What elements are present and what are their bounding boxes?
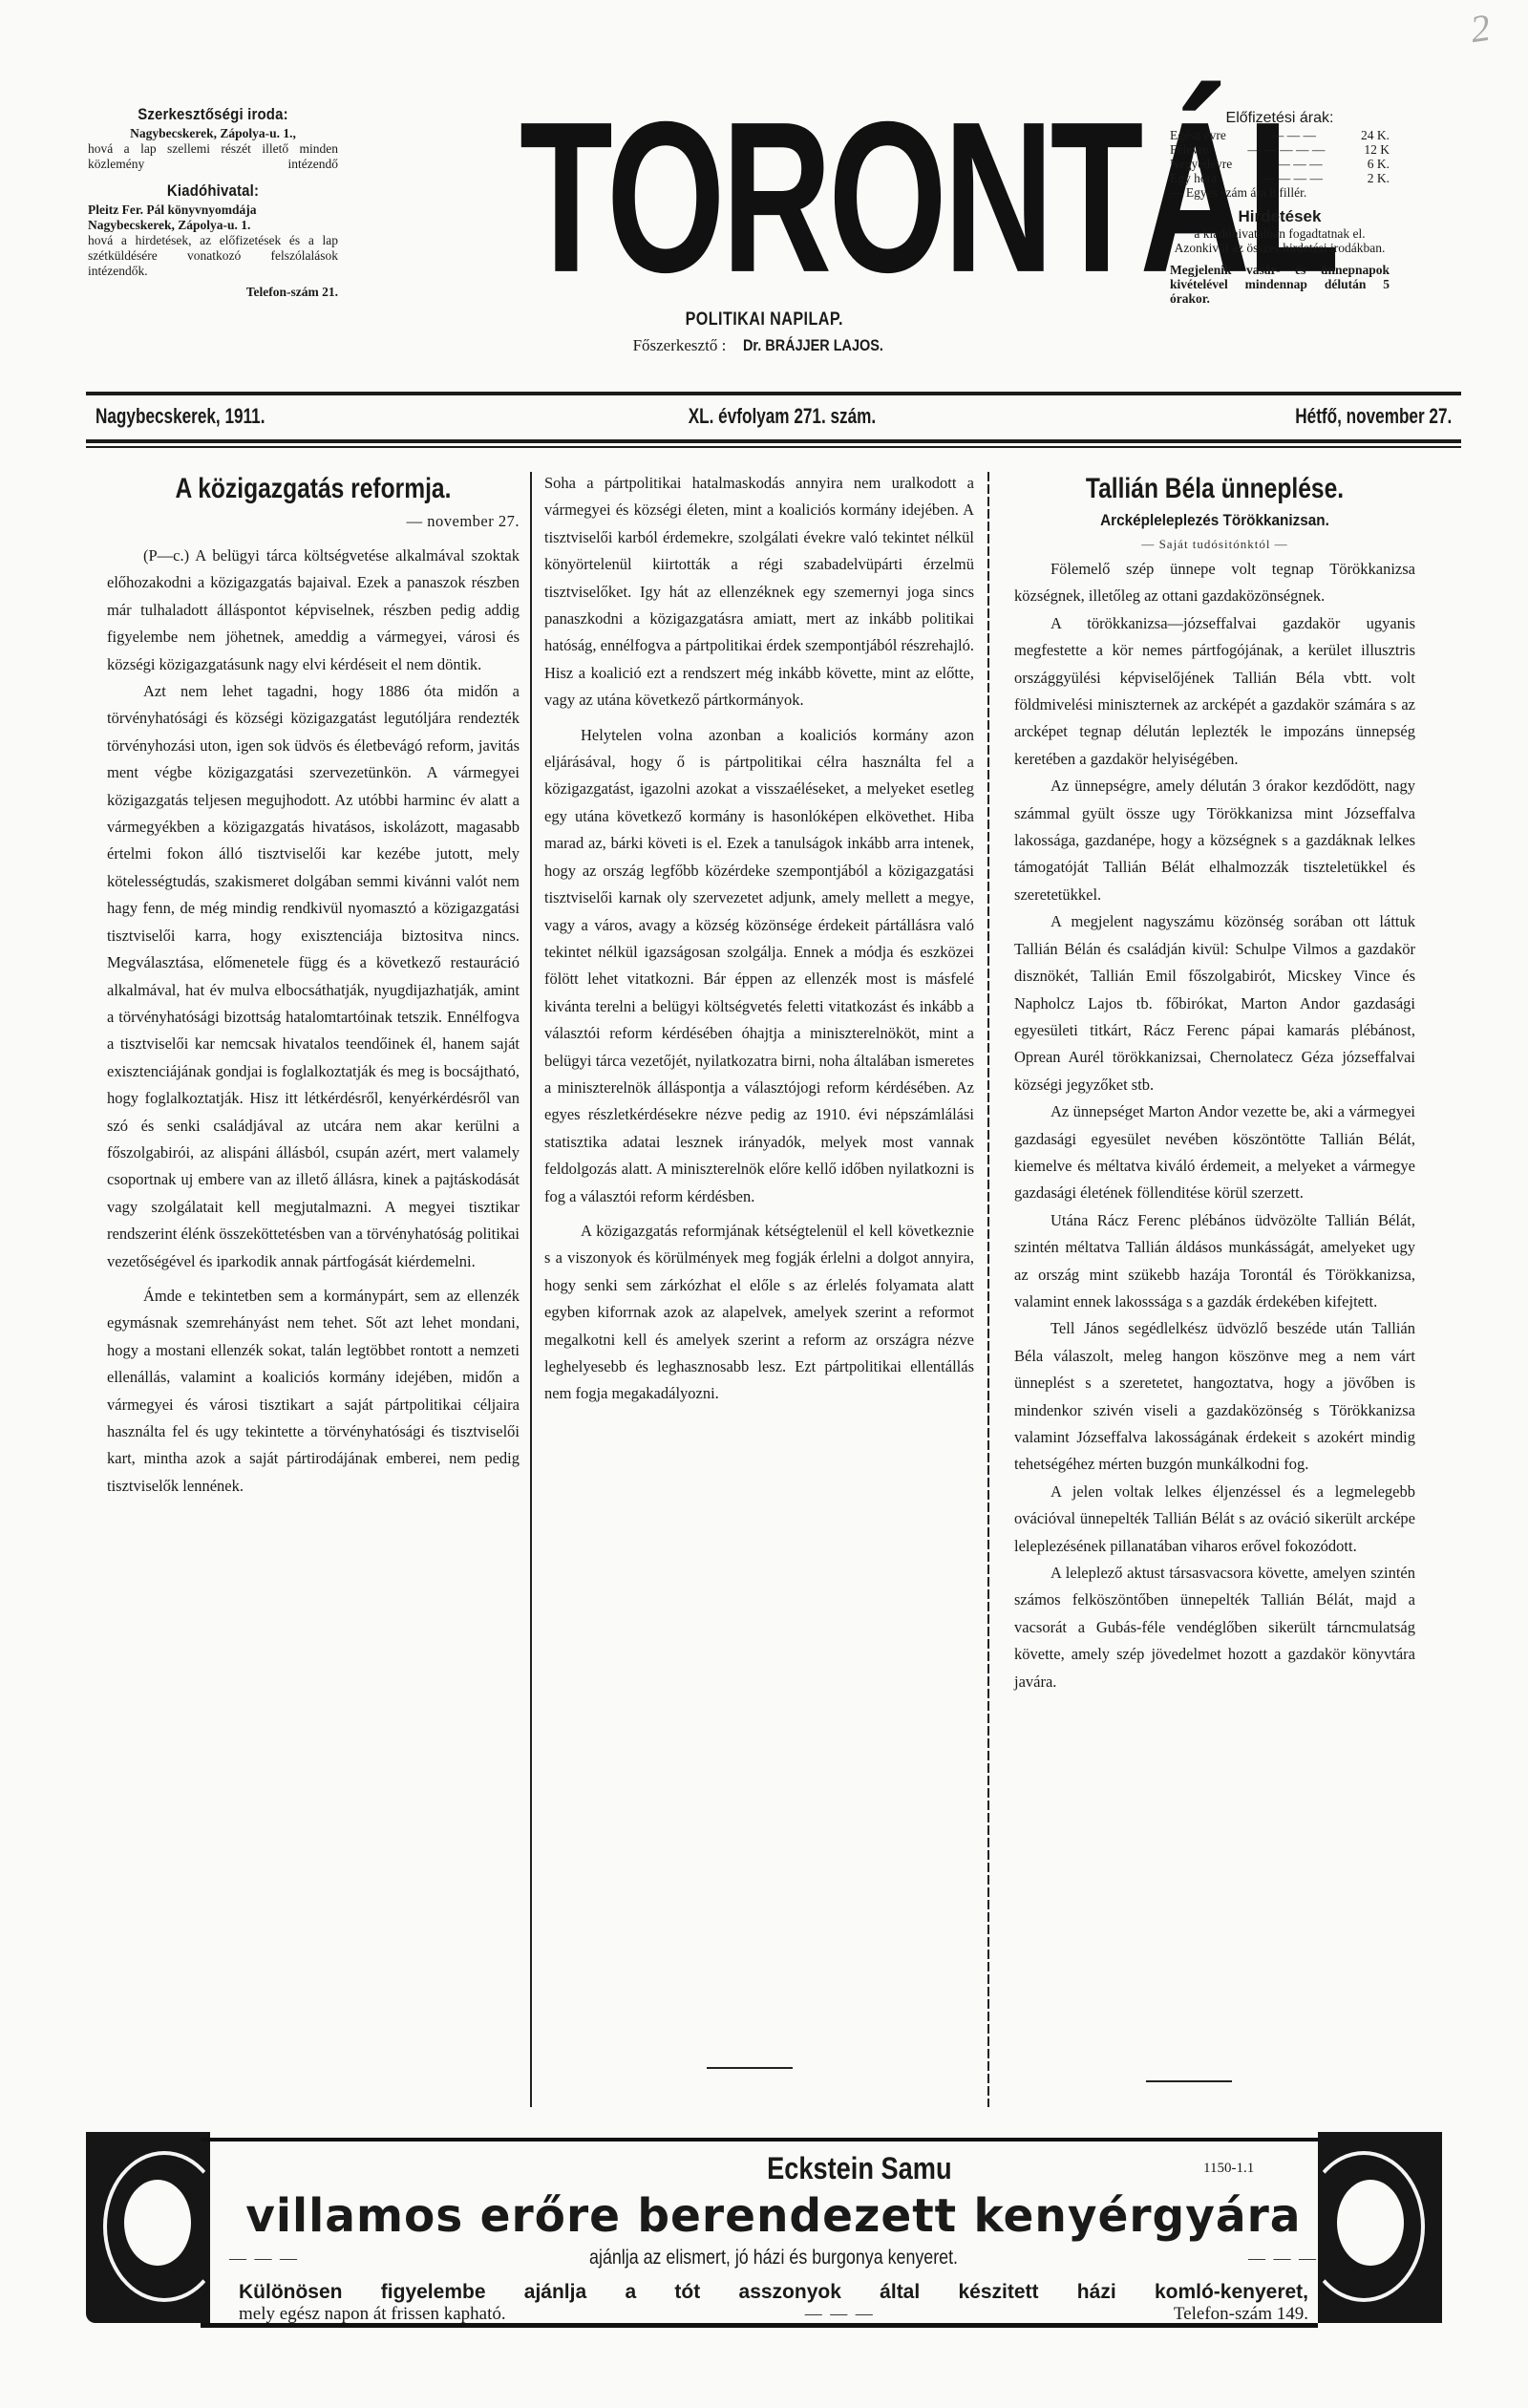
article-byline: — Saját tudósitónktól —	[1014, 533, 1415, 556]
ad-line-special: Különösen figyelembe ajánlja a tót asszo…	[239, 2280, 1308, 2304]
article-subhead: Arcképleleplezés Törökkanizsan.	[1034, 508, 1395, 533]
article-tallian: Tallián Béla ünneplése. Arcképleleplezés…	[1014, 470, 1415, 1695]
subscription-heading: Előfizetési árak:	[1170, 111, 1390, 125]
masthead-rule-bottom-thin	[86, 446, 1461, 448]
article-end-rule	[707, 2067, 793, 2069]
article-reform-column-2: Soha a pártpolitikai hatalmaskodás annyi…	[544, 470, 974, 1408]
article-reform-column-1: A közigazgatás reformja. — november 27. …	[107, 470, 520, 1500]
ad-phone: Telefon-szám 149.	[1174, 2304, 1308, 2325]
article-paragraph: A törökkanizsa—józseffalvai gazdakör ugy…	[1014, 610, 1415, 773]
publisher-printer: Pleitz Fer. Pál könyvnyomdája	[88, 202, 338, 218]
masthead-rule-bottom	[86, 439, 1461, 443]
article-dateline: — november 27.	[107, 508, 520, 535]
newspaper-subtitle: POLITIKAI NAPILAP.	[382, 309, 1146, 330]
bakery-advertisement: Eckstein Samu 1150-1.1 villamos erőre be…	[86, 2122, 1442, 2325]
rate-row: Egy hóra— — — —2 K.	[1170, 171, 1390, 185]
rate-dashes: — — —	[1277, 157, 1322, 171]
rate-row: Egész évre— — —24 K.	[1170, 128, 1390, 142]
article-paragraph: A jelen voltak lelkes éljenzéssel és a l…	[1014, 1479, 1415, 1560]
article-paragraph: Helytelen volna azonban a koaliciós korm…	[544, 722, 974, 1210]
column-divider-dashed	[987, 472, 989, 2107]
editor-label: Főszerkesztő :	[633, 336, 727, 354]
editor-line: Főszerkesztő : Dr. BRÁJJER LAJOS.	[382, 336, 1146, 355]
ad-headline-text: villamos erőre berendezett kenyérgyára	[245, 2189, 1301, 2243]
rate-period: Negyedévre	[1170, 157, 1232, 171]
article-paragraph: A közigazgatás reformjának kétségtelenül…	[544, 1218, 974, 1408]
article-end-rule	[1146, 2080, 1232, 2082]
rate-period: Félévre	[1170, 142, 1208, 157]
ad-firm-text: Eckstein Samu	[767, 2151, 952, 2186]
article-headline: Tallián Béla ünneplése.	[1050, 470, 1379, 508]
rate-row: Negyedévre— — —6 K.	[1170, 157, 1390, 171]
rate-dashes: — — — — —	[1247, 142, 1325, 157]
rate-price: 6 K.	[1368, 157, 1390, 171]
article-paragraph: Az ünnepségre, amely délután 3 órakor ke…	[1014, 773, 1415, 908]
article-paragraph: Azt nem lehet tagadni, hogy 1886 óta mid…	[107, 678, 520, 1275]
publisher-office-heading: Kiadóhivatal:	[103, 183, 324, 199]
day-date: Hétfő, november 27.	[1295, 404, 1452, 429]
article-paragraph: Soha a pártpolitikai hatalmaskodás annyi…	[544, 470, 974, 714]
ads-text: a kiadóhivatalban fogadtatnak el. Azonki…	[1170, 226, 1390, 255]
article-paragraph: Az ünnepséget Marton Andor vezette be, a…	[1014, 1098, 1415, 1207]
masthead-rule-top	[86, 392, 1461, 395]
ad-fresh-text: mely egész napon át frissen kapható.	[239, 2304, 506, 2325]
rate-period: Egy hóra	[1170, 171, 1217, 185]
ad-firm-name: Eckstein Samu	[621, 2151, 1098, 2186]
handwritten-page-mark: 2	[1468, 5, 1493, 52]
article-paragraph: A leleplező aktust társasvacsora követte…	[1014, 1560, 1415, 1695]
column-divider	[530, 472, 532, 2107]
article-paragraph: Utána Rácz Ferenc plébános üdvözölte Tal…	[1014, 1207, 1415, 1316]
article-paragraph: (P—c.) A belügyi tárca költségvetése alk…	[107, 543, 520, 678]
ad-line-fresh: mely egész napon át frissen kapható. — —…	[239, 2304, 1308, 2325]
editorial-office-address: Nagybecskerek, Zápolya-u. 1.,	[88, 126, 338, 141]
subscription-box: Előfizetési árak: Egész évre— — —24 K. F…	[1170, 111, 1390, 306]
ads-heading: Hirdetések	[1170, 209, 1390, 224]
newspaper-title: TORONTÁL	[520, 107, 1008, 288]
rate-dashes: — — — —	[1262, 171, 1323, 185]
ad-line-offer: — — — ajánlja az elismert, jó házi és bu…	[229, 2247, 1318, 2269]
editorial-office-heading: Szerkesztőségi iroda:	[103, 107, 324, 122]
publication-schedule: Megjelenik vasár- és ünnepnapok kivételé…	[1170, 263, 1390, 306]
scroll-ornament-left-icon	[86, 2132, 210, 2323]
article-headline: A közigazgatás reformja.	[144, 470, 482, 508]
ad-headline: villamos erőre berendezett kenyérgyára	[220, 2189, 1327, 2244]
date-bar: Nagybecskerek, 1911. XL. évfolyam 271. s…	[95, 399, 1452, 434]
article-paragraph: A megjelent nagyszámu közönség sorában o…	[1014, 908, 1415, 1098]
publisher-phone: Telefon-szám 21.	[88, 285, 338, 300]
article-paragraph: Tell János segédlelkész üdvözlő beszéde …	[1014, 1315, 1415, 1478]
rate-row: Félévre— — — — —12 K	[1170, 142, 1390, 157]
publisher-address: Nagybecskerek, Zápolya-u. 1.	[88, 218, 338, 233]
subtitle-text: POLITIKAI NAPILAP.	[685, 309, 842, 330]
ad-offer-text: ajánlja az elismert, jó házi és burgonya…	[589, 2247, 958, 2269]
editorial-office-note: hová a lap szellemi részét illető minden…	[88, 141, 338, 172]
ad-code: 1150-1.1	[1203, 2161, 1254, 2177]
scroll-ornament-right-icon	[1318, 2132, 1442, 2323]
editor-name: Dr. BRÁJJER LAJOS.	[743, 336, 883, 355]
single-issue-price: — Egyes szám ára 8 fillér.	[1170, 185, 1390, 200]
ad-dashes: — — —	[805, 2304, 875, 2325]
publisher-note: hová a hirdetések, az előfizetések és a …	[88, 233, 338, 279]
article-paragraph: Ámde e tekintetben sem a kormánypárt, se…	[107, 1283, 520, 1500]
rate-period: Egész évre	[1170, 128, 1226, 142]
place-year: Nagybecskerek, 1911.	[95, 404, 265, 429]
rate-price: 24 K.	[1361, 128, 1390, 142]
rate-price: 2 K.	[1368, 171, 1390, 185]
editorial-office-box: Szerkesztőségi iroda: Nagybecskerek, Záp…	[88, 107, 338, 300]
ad-special-text: Különösen figyelembe ajánlja a tót asszo…	[239, 2281, 1308, 2303]
volume-issue: XL. évfolyam 271. szám.	[688, 404, 875, 429]
rate-dashes: — — —	[1271, 128, 1316, 142]
rate-price: 12 K	[1364, 142, 1390, 157]
ad-dashes: — — —	[229, 2248, 299, 2269]
ad-dashes: — — —	[1248, 2248, 1318, 2269]
article-paragraph: Fölemelő szép ünnepe volt tegnap Törökka…	[1014, 556, 1415, 610]
